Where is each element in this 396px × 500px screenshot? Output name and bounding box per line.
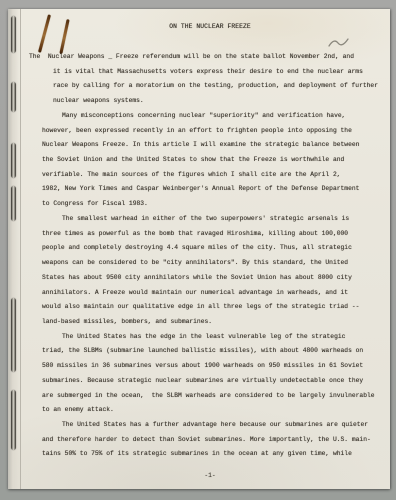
text-line: Many misconceptions concerning nuclear "… xyxy=(42,109,382,124)
binding-slot xyxy=(11,186,16,221)
text-line: are submerged in the ocean, the SLBM war… xyxy=(42,389,382,404)
text-line: people and completely destroying 4.4 squ… xyxy=(42,241,382,256)
text-line: and therefore harder to detect than Sovi… xyxy=(42,433,382,448)
paragraph: The United States has a further advantag… xyxy=(42,418,382,462)
text-line: however, been expressed recently in an e… xyxy=(42,124,382,139)
binding-slot xyxy=(11,16,16,53)
pencil-squiggle-icon xyxy=(327,35,351,49)
text-line: weapons can be considered to be "city an… xyxy=(42,256,382,271)
scanned-page-scene: ON THE NUCLEAR FREEZE The Nuclear Weapon… xyxy=(0,0,396,500)
paragraph: The United States has the edge in the le… xyxy=(42,330,382,418)
paper-sheet: ON THE NUCLEAR FREEZE The Nuclear Weapon… xyxy=(8,9,390,489)
pen-mark-icon xyxy=(38,14,51,52)
text-line: land-based missiles, bombers, and submar… xyxy=(42,315,382,330)
text-line: triad, the SLBMs (submarine launched bal… xyxy=(42,344,382,359)
text-line: race by calling for a moratorium on the … xyxy=(42,79,382,94)
paragraph: Many misconceptions concerning nuclear "… xyxy=(42,109,382,212)
document-title: ON THE NUCLEAR FREEZE xyxy=(42,23,378,30)
document-body: The Nuclear Weapons _ Freeze referendum … xyxy=(42,50,382,462)
text-line: to an enemy attack. xyxy=(42,403,382,418)
text-line: The Nuclear Weapons _ Freeze referendum … xyxy=(29,50,382,65)
text-line: Nuclear Weapons Freeze. In this article … xyxy=(42,138,382,153)
paragraph: The smallest warhead in either of the tw… xyxy=(42,212,382,330)
text-line: 580 missiles in 36 submarines versus abo… xyxy=(42,359,382,374)
text-line: submarines. Because strategic nuclear su… xyxy=(42,374,382,389)
text-line: three times as powerful as the bomb that… xyxy=(42,227,382,242)
text-line: would also maintain our qualitative edge… xyxy=(42,300,382,315)
text-line: the Soviet Union and the United States t… xyxy=(42,153,382,168)
binding-slot xyxy=(11,298,16,372)
paragraph: The Nuclear Weapons _ Freeze referendum … xyxy=(42,50,382,109)
text-line: to Congress for Fiscal 1983. xyxy=(42,197,382,212)
text-line: The United States has the edge in the le… xyxy=(42,330,382,345)
text-line: tains 50% to 75% of its strategic submar… xyxy=(42,447,382,462)
page-number: -1- xyxy=(42,472,378,479)
text-line: 1982, New York Times and Caspar Weinberg… xyxy=(42,182,382,197)
text-line: The United States has a further advantag… xyxy=(42,418,382,433)
binding-slot xyxy=(11,82,16,112)
text-line: nuclear weapons systems. xyxy=(42,94,382,109)
text-line: The smallest warhead in either of the tw… xyxy=(42,212,382,227)
binding-slot xyxy=(11,390,16,450)
text-line: States has about 9500 city annihilators … xyxy=(42,271,382,286)
text-line: annihilators. A Freeze would maintain ou… xyxy=(42,286,382,301)
text-line: it is vital that Massachusetts voters ex… xyxy=(42,65,382,80)
text-line: verifiable. The main sources of the figu… xyxy=(42,168,382,183)
binding-slot xyxy=(11,143,16,178)
